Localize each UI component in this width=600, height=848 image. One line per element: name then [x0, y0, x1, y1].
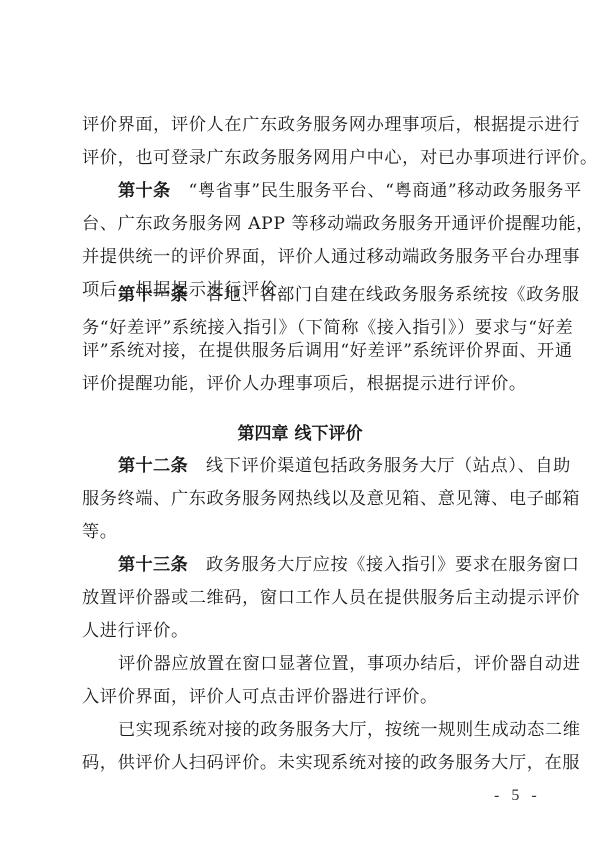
document-page: 评价界面，评价人在广东政务服务网办理事项后，根据提示进行 评价，也可登录广东政务…	[0, 0, 600, 848]
article-11-first-line: 第十一条各地、各部门自建在线政务服务系统按《政务服	[82, 284, 528, 306]
text-line: 务“好差评”系统接入指引》（下简称《接入指引》）要求与“好差	[82, 317, 528, 339]
article-text: 线下评价渠道包括政务服务大厅（站点）、自助	[206, 456, 571, 476]
article-label: 第十一条	[118, 285, 188, 305]
text-line: 评价界面，评价人在广东政务服务网办理事项后，根据提示进行	[82, 114, 528, 136]
article-label: 第十条	[118, 181, 170, 201]
article-label: 第十二条	[118, 456, 188, 476]
text-line: 评价器应放置在窗口显著位置，事项办结后，评价器自动进	[82, 653, 528, 675]
text-line: 评”系统对接，在提供服务后调用“好差评”系统评价界面、开通	[82, 340, 528, 362]
text-line: 人进行评价。	[82, 620, 528, 642]
text-line: 台、广东政务服务网 APP 等移动端政务服务开通评价提醒功能，	[82, 213, 528, 235]
text-line: 等。	[82, 521, 528, 543]
chapter-heading: 第四章 线下评价	[0, 423, 600, 445]
article-10-first-line: 第十条“粤省事”民生服务平台、“粤商通”移动政务服务平	[82, 180, 528, 202]
article-13-first-line: 第十三条政务服务大厅应按《接入指引》要求在服务窗口	[82, 554, 528, 576]
text-line: 并提供统一的评价界面，评价人通过移动端政务服务平台办理事	[82, 246, 528, 268]
article-text: 各地、各部门自建在线政务服务系统按《政务服	[206, 285, 580, 305]
text-line: 评价提醒功能，评价人办理事项后，根据提示进行评价。	[82, 373, 528, 395]
text-line: 服务终端、广东政务服务网热线以及意见箱、意见簿、电子邮箱	[82, 488, 528, 510]
article-text: “粤省事”民生服务平台、“粤商通”移动政务服务平	[188, 181, 581, 201]
article-text: 政务服务大厅应按《接入指引》要求在服务窗口	[206, 555, 580, 575]
text-line: 放置评价器或二维码，窗口工作人员在提供服务后主动提示评价	[82, 587, 528, 609]
text-line: 评价，也可登录广东政务服务网用户中心，对已办事项进行评价。	[82, 147, 528, 169]
page-number: - 5 -	[494, 786, 541, 806]
article-label: 第十三条	[118, 555, 188, 575]
text-line: 入评价界面，评价人可点击评价器进行评价。	[82, 686, 528, 708]
text-line: 码，供评价人扫码评价。未实现系统对接的政务服务大厅，在服	[82, 752, 528, 774]
article-12-first-line: 第十二条线下评价渠道包括政务服务大厅（站点）、自助	[82, 455, 528, 477]
text-line: 已实现系统对接的政务服务大厅，按统一规则生成动态二维	[82, 719, 528, 741]
